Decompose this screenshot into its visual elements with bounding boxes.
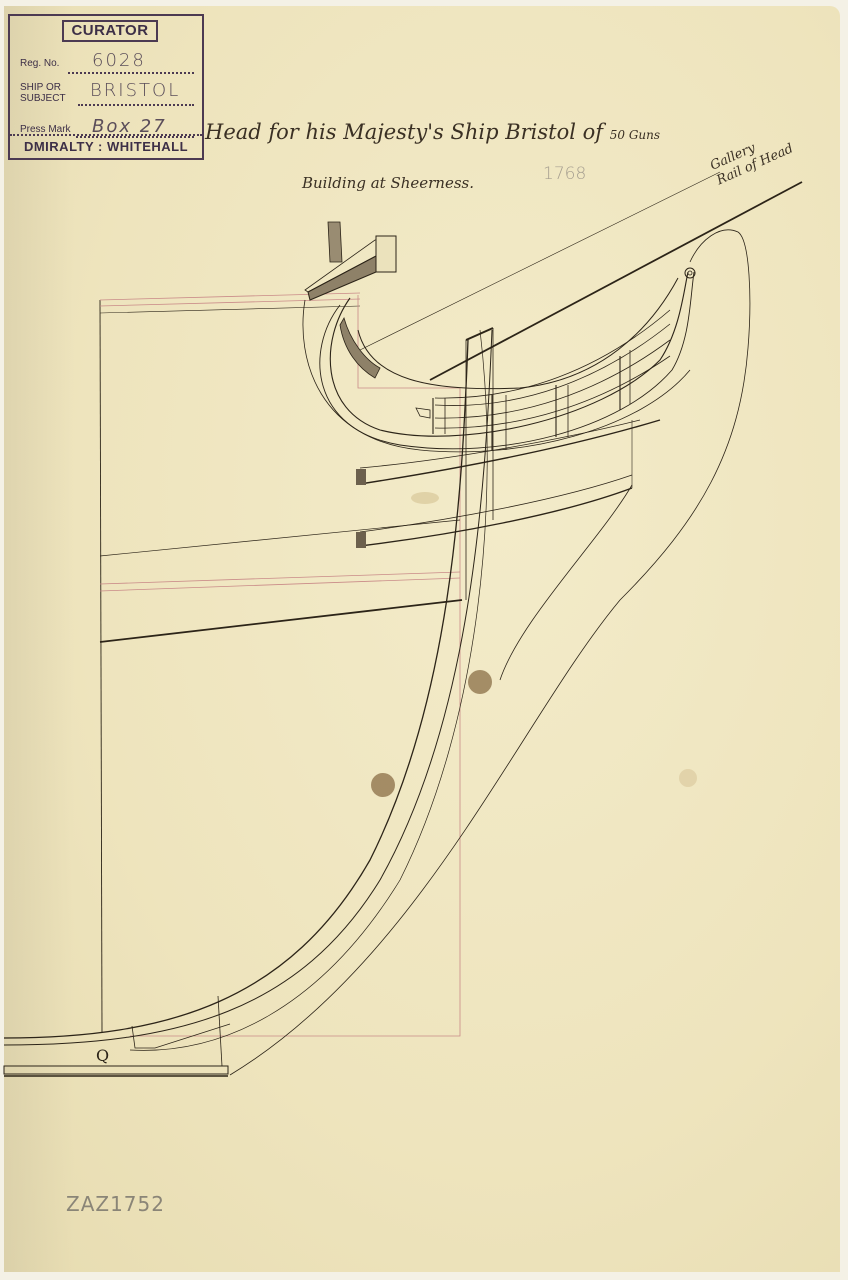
drawing-title: Head for his Majesty's Ship Bristol of 5… [205, 120, 660, 144]
stamp-ship-value: BRISTOL [90, 80, 180, 101]
ship-head-drawing [0, 0, 848, 1280]
stamp-ship-row: SHIP OR SUBJECT [20, 82, 66, 104]
catalog-number: ZAZ1752 [66, 1192, 165, 1216]
reference-letter: Q [96, 1046, 109, 1065]
stamp-reg-value: 6028 [92, 50, 146, 71]
stamp-reg-row: Reg. No. [20, 58, 59, 69]
drawing-year: 1768 [543, 164, 586, 184]
drawing-subtitle: Building at Sheerness. [302, 174, 474, 192]
stamp-ship-dots [78, 104, 194, 106]
title-main: Head for his Majesty's Ship Bristol of [205, 120, 610, 144]
stamp-ship-label-2: SUBJECT [20, 93, 66, 104]
stamp-footer: DMIRALTY : WHITEHALL [10, 134, 202, 158]
stamp-header: CURATOR [62, 20, 158, 42]
stamp-ship-label-1: SHIP OR [20, 82, 66, 93]
stamp-reg-dots [68, 72, 194, 74]
title-guns: 50 Guns [610, 128, 660, 142]
stamp-reg-label: Reg. No. [20, 58, 59, 69]
curator-stamp: CURATOR Reg. No. 6028 SHIP OR SUBJECT BR… [8, 14, 204, 160]
